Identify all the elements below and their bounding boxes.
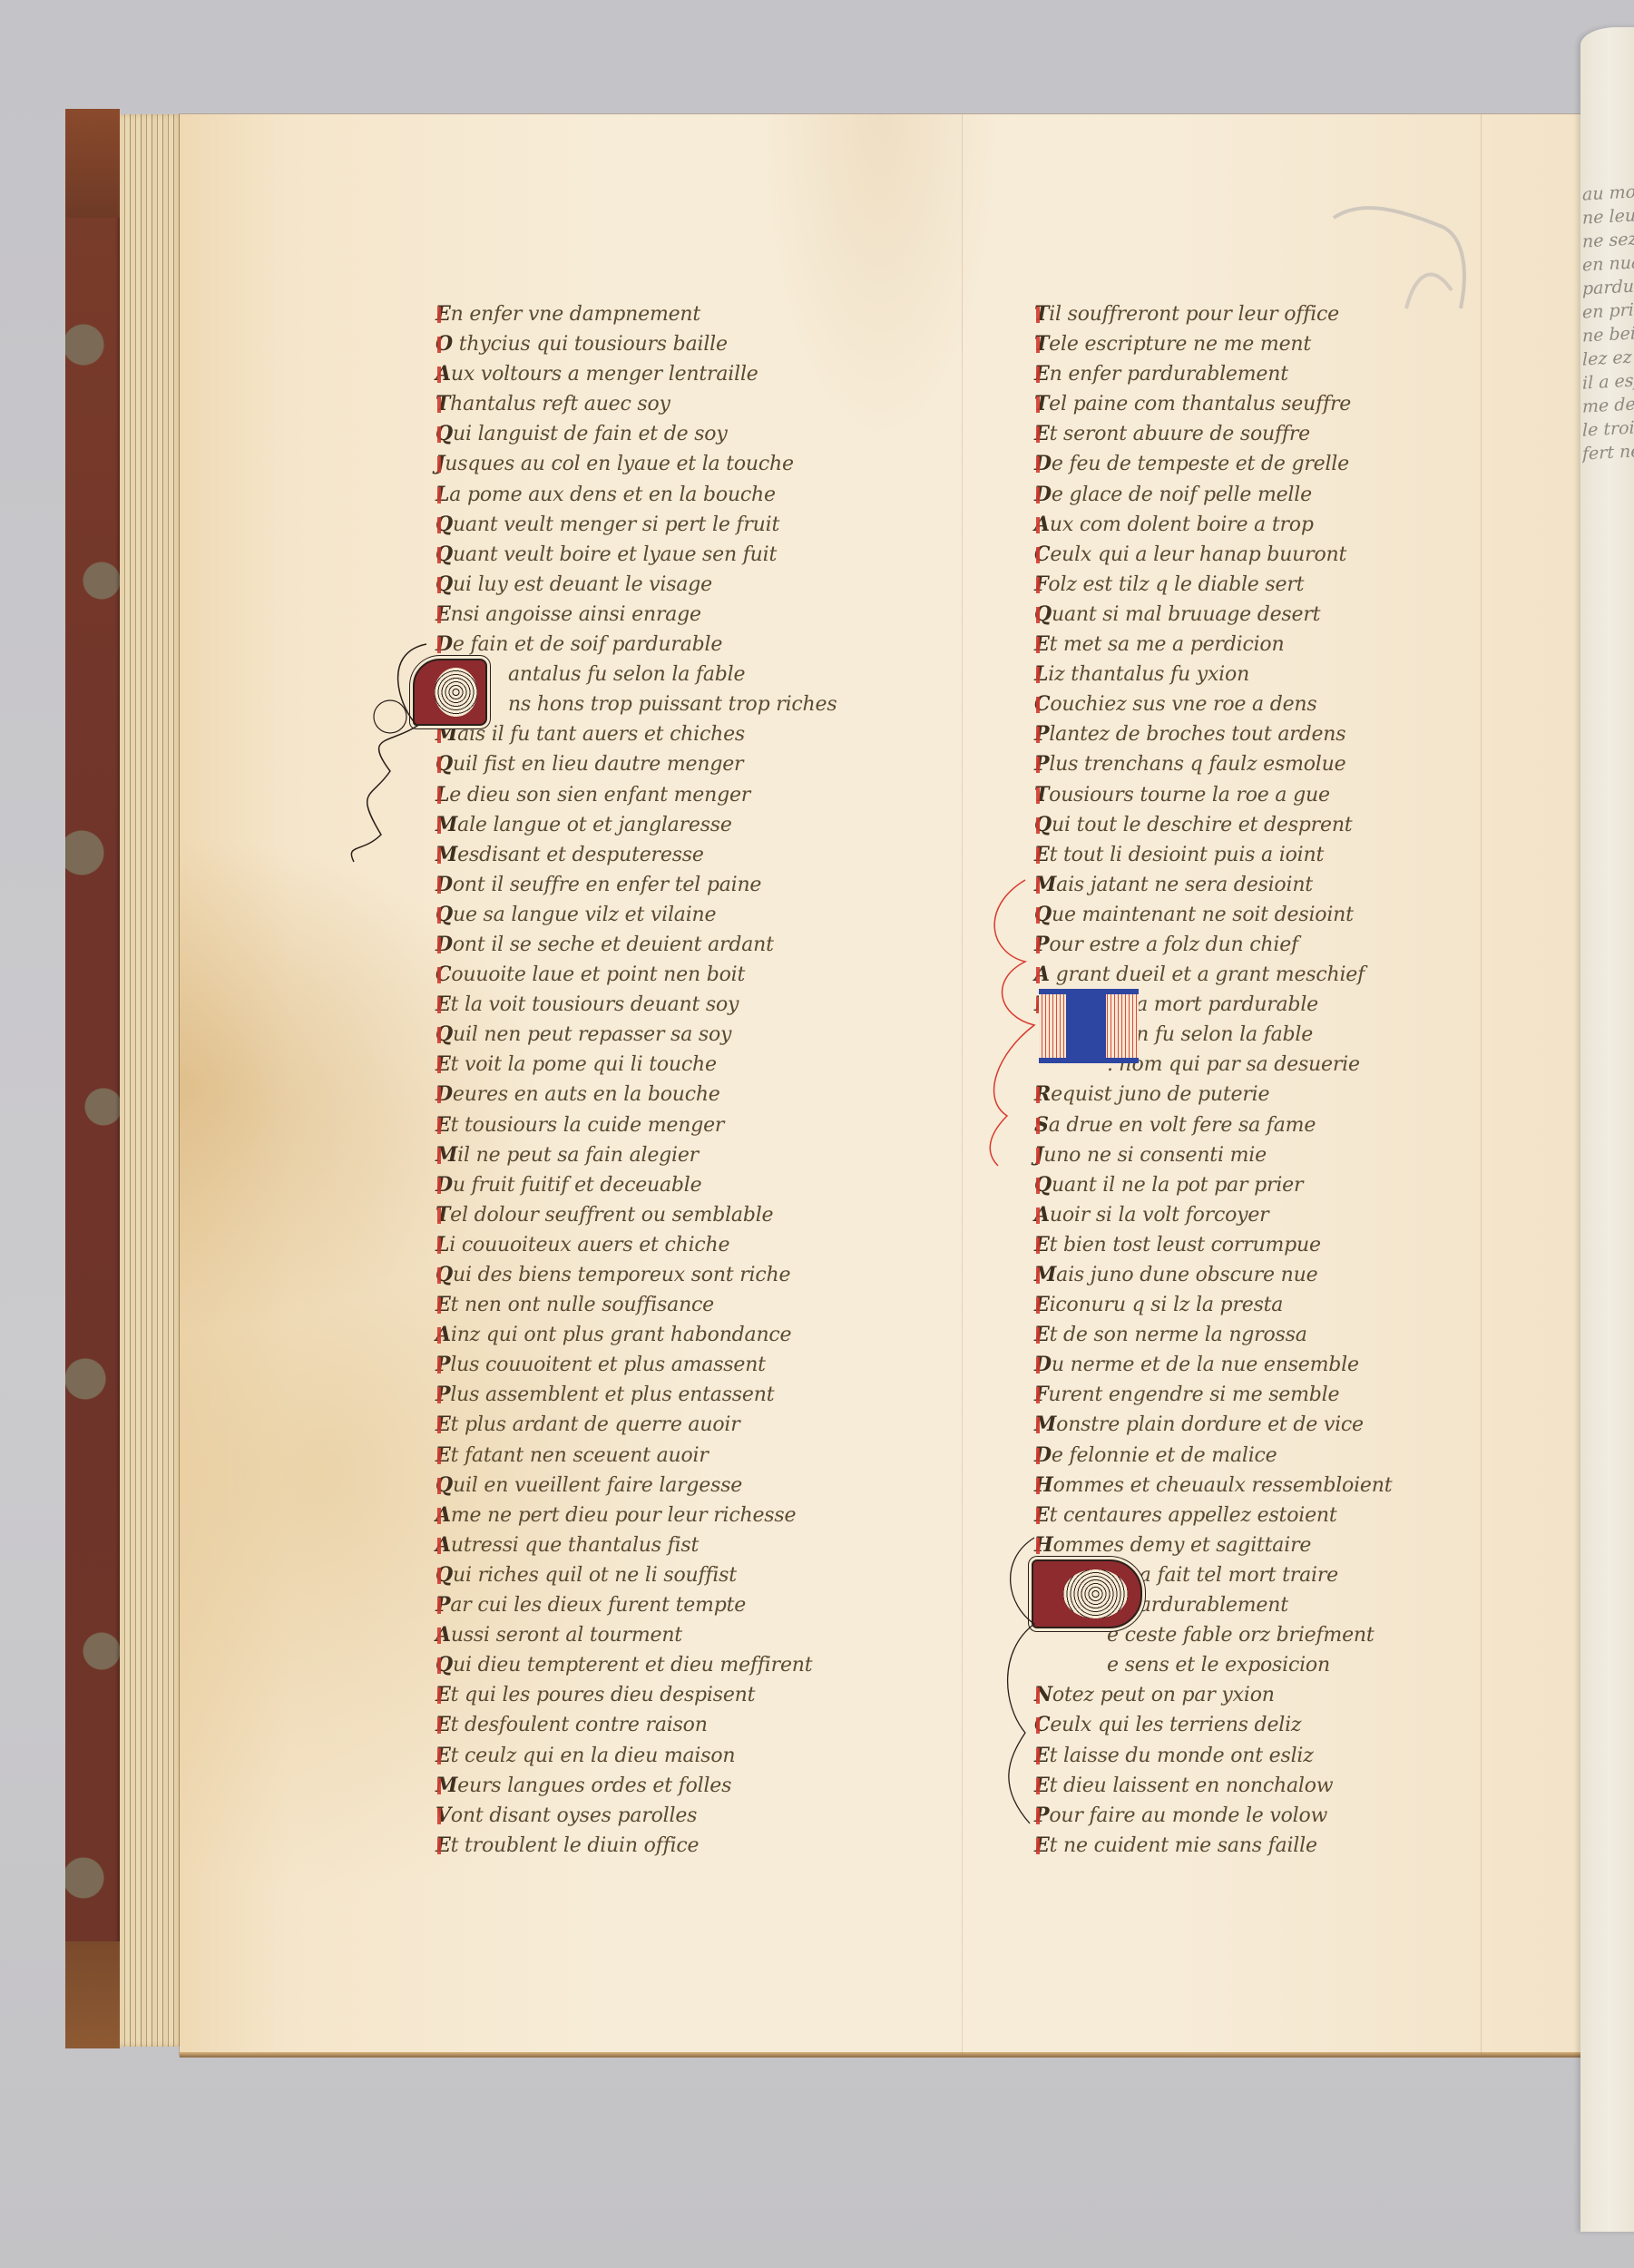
verse-line: Dont il se seche et deuient ardant bbox=[435, 930, 837, 960]
verse-line: Et qui les poures dieu despisent bbox=[435, 1680, 837, 1710]
verse-text: t dieu laissent en nonchalow bbox=[1050, 1774, 1334, 1797]
verse-text: a pome aux dens et en la bouche bbox=[449, 484, 776, 506]
rubricated-capital: Q bbox=[435, 900, 453, 930]
cover-leather-corner-bottom bbox=[65, 1941, 120, 2048]
verse-text: t troublent le diuin office bbox=[451, 1834, 700, 1857]
verse-line: Thantalus reft auec soy bbox=[435, 389, 837, 419]
rubricated-capital: T bbox=[1034, 389, 1049, 419]
rubricated-capital: A bbox=[1034, 960, 1050, 990]
verse-line: Mais juno dune obscure nue bbox=[1034, 1260, 1392, 1290]
verse-line: Ceulx qui a leur hanap buuront bbox=[1034, 540, 1392, 570]
penwork-swirl-pattern bbox=[1063, 1569, 1128, 1619]
verse-line: Qui tout le deschire et desprent bbox=[1034, 810, 1392, 840]
rubricated-capital: H bbox=[1034, 1471, 1053, 1501]
verse-text: iconuru q si lz la presta bbox=[1050, 1294, 1284, 1316]
verse-line: Qui luy est deuant le visage bbox=[435, 570, 837, 600]
page-stack-edges bbox=[120, 114, 183, 2047]
verse-line: Et centaures appellez estoient bbox=[1034, 1501, 1392, 1530]
rubricated-capital: C bbox=[1034, 1710, 1050, 1740]
cover-leather-corner-top bbox=[65, 109, 120, 218]
verse-text: ui tout le deschire et desprent bbox=[1052, 814, 1352, 836]
verse-text: ale langue ot et janglaresse bbox=[457, 814, 732, 836]
rubricated-capital: Q bbox=[435, 1650, 453, 1680]
verse-text: el dolour seuffrent ou semblable bbox=[450, 1204, 773, 1227]
decorated-initial-i bbox=[1039, 989, 1139, 1063]
verse-text: t voit la pome qui li touche bbox=[451, 1053, 717, 1076]
verse-text: u nerme et de la nue ensemble bbox=[1052, 1354, 1359, 1376]
verse-line: O thycius qui tousiours baille bbox=[435, 329, 837, 359]
verse-line: De feu de tempeste et de grelle bbox=[1034, 449, 1392, 479]
ruling-line bbox=[962, 114, 963, 2056]
verse-text: uant veult menger si pert le fruit bbox=[453, 513, 779, 536]
facing-page-line: ne leuz bbox=[1582, 203, 1634, 230]
verse-line: Tel dolour seuffrent ou semblable bbox=[435, 1200, 837, 1230]
rubricated-capital: P bbox=[435, 1590, 450, 1620]
rubricated-capital: E bbox=[1034, 1230, 1050, 1260]
rubricated-capital: E bbox=[1034, 630, 1050, 660]
rubricated-capital: D bbox=[435, 1170, 453, 1200]
verse-text: lus assemblent et plus entassent bbox=[450, 1383, 774, 1406]
decorated-initial-t bbox=[413, 659, 487, 726]
verse-line: Et la voit tousiours deuant soy bbox=[435, 990, 837, 1020]
verse-text: ui des biens temporeux sont riche bbox=[453, 1264, 790, 1286]
verse-line: Par cui les dieux furent tempte bbox=[435, 1590, 837, 1620]
facing-page-line: en prisie bbox=[1582, 298, 1634, 324]
rubricated-capital: Q bbox=[435, 1560, 453, 1590]
verse-line: Pour faire au monde le volow bbox=[1034, 1801, 1392, 1831]
verse-line: En enfer vne dampnement bbox=[435, 299, 837, 329]
rubricated-capital: M bbox=[435, 840, 457, 870]
rubricated-capital: D bbox=[1034, 449, 1052, 479]
verse-text: ousiours tourne la roe a gue bbox=[1049, 784, 1330, 807]
penwork-swirl-pattern bbox=[435, 668, 477, 716]
verse-text: uil fist en lieu dautre menger bbox=[453, 753, 743, 776]
rubricated-capital: Q bbox=[435, 510, 453, 540]
verse-line: Que maintenant ne soit desioint bbox=[1034, 900, 1392, 930]
rubricated-capital: E bbox=[435, 1290, 451, 1320]
rubricated-capital: Q bbox=[1034, 600, 1052, 630]
verse-text: t ne cuident mie sans faille bbox=[1050, 1834, 1317, 1857]
verse-line: Et plus ardant de querre auoir bbox=[435, 1410, 837, 1440]
rubricated-capital: C bbox=[1034, 540, 1050, 570]
rubricated-capital: Q bbox=[435, 540, 453, 570]
rubricated-capital: M bbox=[435, 1140, 457, 1170]
verse-text: t plus ardant de querre auoir bbox=[451, 1413, 740, 1436]
rubricated-capital: V bbox=[435, 1801, 451, 1831]
verse-text: utressi que thantalus fist bbox=[451, 1534, 699, 1557]
verse-text: . hom qui par sa desuerie bbox=[1107, 1053, 1360, 1076]
verse-line: Couchiez sus vne roe a dens bbox=[1034, 689, 1392, 719]
facing-page-line: au monde bbox=[1582, 180, 1634, 206]
verse-line: Qui riches quil ot ne li souffist bbox=[435, 1560, 837, 1590]
verse-text: uil en vueillent faire largesse bbox=[453, 1474, 742, 1497]
rubricated-capital: D bbox=[435, 930, 453, 960]
verse-text: t bien tost leust corrumpue bbox=[1050, 1234, 1321, 1256]
rubricated-capital: A bbox=[435, 1501, 451, 1530]
rubricated-capital: A bbox=[1034, 510, 1050, 540]
rubricated-capital: M bbox=[435, 1771, 457, 1801]
verse-line: Requist juno de puterie bbox=[1034, 1080, 1392, 1110]
rubricated-capital: E bbox=[1034, 359, 1050, 389]
verse-text: t desfoulent contre raison bbox=[451, 1714, 708, 1736]
verse-text: uant veult boire et lyaue sen fuit bbox=[453, 543, 777, 566]
rubricated-capital: D bbox=[1034, 480, 1052, 510]
verse-text: hantalus reft auec soy bbox=[450, 393, 670, 415]
verse-text: il ne peut sa fain alegier bbox=[457, 1144, 699, 1167]
rubricated-capital: A bbox=[1034, 1200, 1050, 1230]
verse-text: n enfer vne dampnement bbox=[451, 303, 700, 326]
verse-text: il souffreront pour leur office bbox=[1049, 303, 1339, 326]
verse-line: Mil ne peut sa fain alegier bbox=[435, 1140, 837, 1170]
verse-line: Auoir si la volt forcoyer bbox=[1034, 1200, 1392, 1230]
verse-line: Dont il seuffre en enfer tel paine bbox=[435, 870, 837, 900]
rubricated-capital: E bbox=[1034, 1501, 1050, 1530]
verse-line: Et tousiours la cuide menger bbox=[435, 1110, 837, 1140]
verse-text: ui dieu tempterent et dieu meffirent bbox=[453, 1654, 812, 1677]
verse-line: Et bien tost leust corrumpue bbox=[1034, 1230, 1392, 1260]
verse-text: ar cui les dieux furent tempte bbox=[450, 1594, 746, 1617]
rubricated-capital: D bbox=[435, 870, 453, 900]
verse-text: grant dueil et a grant meschief bbox=[1050, 963, 1365, 986]
verse-text: eulx qui a leur hanap buuront bbox=[1050, 543, 1346, 566]
rubricated-capital: J bbox=[1034, 1140, 1043, 1170]
verse-line: Quil fist en lieu dautre menger bbox=[435, 749, 837, 779]
rubricated-capital: Q bbox=[1034, 900, 1052, 930]
verse-text: el paine com thantalus seuffre bbox=[1049, 393, 1351, 415]
verse-text: olz est tilz q le diable sert bbox=[1048, 573, 1304, 596]
rubricated-capital: Q bbox=[435, 749, 453, 779]
verse-text: uil nen peut repasser sa soy bbox=[453, 1023, 731, 1046]
rubricated-capital: E bbox=[435, 1110, 451, 1140]
verse-line: Et troublent le diuin office bbox=[435, 1831, 837, 1861]
rubricated-capital: E bbox=[435, 990, 451, 1020]
verse-text: e sens et le exposicion bbox=[1107, 1654, 1330, 1677]
verse-line: Jusques au col en lyaue et la touche bbox=[435, 449, 837, 479]
verse-text: ais juno dune obscure nue bbox=[1056, 1264, 1317, 1286]
rubricated-capital: A bbox=[435, 1620, 451, 1650]
rubricated-capital: E bbox=[435, 1710, 451, 1740]
rubricated-capital: R bbox=[1034, 1080, 1051, 1110]
rubricated-capital: J bbox=[435, 449, 445, 479]
rubricated-capital: M bbox=[435, 810, 457, 840]
verse-line: Ceulx qui les terriens deliz bbox=[1034, 1710, 1392, 1740]
verse-text: t tousiours la cuide menger bbox=[451, 1114, 725, 1137]
verse-line: Et tout li desioint puis a ioint bbox=[1034, 840, 1392, 870]
verse-line: Vont disant oyses parolles bbox=[435, 1801, 837, 1831]
verse-text: t ceulz qui en la dieu maison bbox=[451, 1745, 736, 1767]
verse-text: t met sa me a perdicion bbox=[1050, 633, 1285, 656]
rubricated-capital: D bbox=[1034, 1441, 1052, 1471]
verse-text: ussi seront al tourment bbox=[451, 1624, 682, 1647]
verse-text: equist juno de puterie bbox=[1051, 1083, 1269, 1106]
rubricated-capital: L bbox=[435, 1230, 449, 1260]
verse-line: Quant il ne la pot par prier bbox=[1034, 1170, 1392, 1200]
verse-text: t qui les poures dieu despisent bbox=[451, 1684, 756, 1706]
rubricated-capital: E bbox=[1034, 840, 1050, 870]
verse-text: ont il se seche et deuient ardant bbox=[453, 934, 774, 956]
verse-text: uant si mal bruuage desert bbox=[1052, 603, 1320, 626]
rubricated-capital: L bbox=[435, 780, 449, 810]
verse-line: Juno ne si consenti mie bbox=[1034, 1140, 1392, 1170]
verse-line: e sens et le exposicion bbox=[1034, 1650, 1392, 1680]
decorated-initial-d bbox=[1032, 1559, 1142, 1628]
verse-line: Et voit la pome qui li touche bbox=[435, 1050, 837, 1080]
verse-text: ui luy est deuant le visage bbox=[453, 573, 712, 596]
rubricated-capital: D bbox=[435, 630, 453, 660]
verse-text: ouchiez sus vne roe a dens bbox=[1050, 693, 1316, 716]
rubricated-capital: P bbox=[435, 1350, 450, 1380]
verse-line: Plus trenchans q faulz esmolue bbox=[1034, 749, 1392, 779]
verse-text: onstre plain dordure et de vice bbox=[1056, 1413, 1364, 1436]
verse-line: Tousiours tourne la roe a gue bbox=[1034, 780, 1392, 810]
facing-page-line: ne sez fiche bbox=[1582, 227, 1634, 253]
rubricated-capital: P bbox=[1034, 930, 1049, 960]
rubricated-capital: Q bbox=[435, 1471, 453, 1501]
verse-text: e glace de noif pelle melle bbox=[1052, 484, 1312, 506]
verse-text: t centaures appellez estoient bbox=[1050, 1504, 1337, 1527]
verse-line: Li couuoiteux auers et chiche bbox=[435, 1230, 837, 1260]
verse-line: Male langue ot et janglaresse bbox=[435, 810, 837, 840]
verse-line: Pour estre a folz dun chief bbox=[1034, 930, 1392, 960]
verse-line: Aussi seront al tourment bbox=[435, 1620, 837, 1650]
verse-line: Autressi que thantalus fist bbox=[435, 1530, 837, 1560]
verse-line: antalus fu selon la fable bbox=[435, 660, 837, 689]
rubricated-capital: N bbox=[1034, 1680, 1052, 1710]
rubricated-capital: Q bbox=[435, 1020, 453, 1050]
verse-line: De felonnie et de malice bbox=[1034, 1441, 1392, 1471]
rubricated-capital: Q bbox=[435, 1260, 453, 1290]
verse-line: Mais jatant ne sera desioint bbox=[1034, 870, 1392, 900]
verse-line: Ame ne pert dieu pour leur richesse bbox=[435, 1501, 837, 1530]
verse-text: n enfer pardurablement bbox=[1050, 363, 1288, 386]
verse-line: Eiconuru q si lz la presta bbox=[1034, 1290, 1392, 1320]
facing-page-line: fert ne tende bbox=[1582, 439, 1634, 465]
rubricated-capital: E bbox=[1034, 419, 1050, 449]
rubricated-capital: H bbox=[1034, 1530, 1053, 1560]
verse-text: ue maintenant ne soit desioint bbox=[1052, 904, 1354, 926]
verse-text: ommes et cheuaulx ressembloient bbox=[1053, 1474, 1393, 1497]
verse-text: ns hons trop puissant trop riches bbox=[508, 693, 837, 716]
verse-text: uant il ne la pot par prier bbox=[1052, 1174, 1303, 1197]
rubricated-capital: M bbox=[1034, 1260, 1056, 1290]
verse-line: Plus assemblent et plus entassent bbox=[435, 1380, 837, 1410]
verse-text: eures en auts en la bouche bbox=[453, 1083, 720, 1106]
verse-text: t nen ont nulle souffisance bbox=[451, 1294, 714, 1316]
rubricated-capital: L bbox=[435, 480, 449, 510]
rubricated-capital: E bbox=[1034, 1831, 1050, 1861]
verse-line: Folz est tilz q le diable sert bbox=[1034, 570, 1392, 600]
facing-page-line: il a esfy bbox=[1582, 368, 1634, 395]
rubricated-capital: F bbox=[1034, 570, 1048, 600]
verse-line: Qui languist de fain et de soy bbox=[435, 419, 837, 449]
verse-text: esdisant et desputeresse bbox=[457, 844, 704, 866]
verse-line: Et nen ont nulle souffisance bbox=[435, 1290, 837, 1320]
verse-text: u fruit fuitif et deceuable bbox=[453, 1174, 702, 1197]
rubricated-capital: A bbox=[435, 359, 451, 389]
verse-line: Hommes et cheuaulx ressembloient bbox=[1034, 1471, 1392, 1501]
verse-line: Quil en vueillent faire largesse bbox=[435, 1471, 837, 1501]
verse-line: Tel paine com thantalus seuffre bbox=[1034, 389, 1392, 419]
rubricated-capital: P bbox=[1034, 749, 1049, 779]
verse-line: Meurs langues ordes et folles bbox=[435, 1771, 837, 1801]
verse-text: uno ne si consenti mie bbox=[1043, 1144, 1267, 1167]
verse-line: De glace de noif pelle melle bbox=[1034, 480, 1392, 510]
facing-page-text: au mondene leuzne sez ficheen nuassepard… bbox=[1582, 180, 1634, 465]
verse-text: e ceste fable orz briefment bbox=[1107, 1624, 1375, 1647]
rubricated-capital: Q bbox=[435, 570, 453, 600]
rubricated-capital: O bbox=[435, 329, 453, 359]
rubricated-capital: P bbox=[435, 1380, 450, 1410]
verse-line: Et fatant nen sceuent auoir bbox=[435, 1441, 837, 1471]
verse-text: ais il fu tant auers et chiches bbox=[457, 723, 745, 746]
verse-line: Que sa langue vilz et vilaine bbox=[435, 900, 837, 930]
verse-text: lus trenchans q faulz esmolue bbox=[1049, 753, 1345, 776]
verse-text: our faire au monde le volow bbox=[1049, 1804, 1327, 1827]
rubricated-capital: Q bbox=[435, 419, 453, 449]
verse-line: Furent engendre si me semble bbox=[1034, 1380, 1392, 1410]
verse-line: Et ne cuident mie sans faille bbox=[1034, 1831, 1392, 1861]
verse-text: e felonnie et de malice bbox=[1052, 1444, 1277, 1467]
verse-line: Tele escripture ne me ment bbox=[1034, 329, 1392, 359]
verse-text: ui riches quil ot ne li souffist bbox=[453, 1564, 737, 1587]
facing-page-line: me de seru bbox=[1582, 392, 1634, 418]
verse-line: Et laisse du monde ont esliz bbox=[1034, 1741, 1392, 1771]
verse-line: Et ceulz qui en la dieu maison bbox=[435, 1741, 837, 1771]
verse-text: otez peut on par yxion bbox=[1052, 1684, 1275, 1706]
verse-text: ommes demy et sagittaire bbox=[1053, 1534, 1312, 1557]
verse-line: Qui dieu tempterent et dieu meffirent bbox=[435, 1650, 837, 1680]
ruling-line bbox=[1481, 114, 1482, 2056]
rubricated-capital: A bbox=[435, 1530, 451, 1560]
verse-line: Couuoite laue et point nen boit bbox=[435, 960, 837, 990]
verse-line: Et desfoulent contre raison bbox=[435, 1710, 837, 1740]
rubricated-capital: T bbox=[1034, 780, 1049, 810]
rubricated-capital: C bbox=[435, 960, 451, 990]
verse-text: ele escripture ne me ment bbox=[1049, 333, 1311, 356]
rubricated-capital: C bbox=[1034, 689, 1050, 719]
verse-text: eulx qui les terriens deliz bbox=[1050, 1714, 1301, 1736]
verse-text: t fatant nen sceuent auoir bbox=[451, 1444, 709, 1467]
rubricated-capital: T bbox=[435, 389, 450, 419]
verse-line: Plantez de broches tout ardens bbox=[1034, 719, 1392, 749]
facing-page-line: pardurable bbox=[1582, 274, 1634, 300]
verse-text: t seront abuure de souffre bbox=[1050, 423, 1310, 445]
verse-text: ue sa langue vilz et vilaine bbox=[453, 904, 716, 926]
verse-text: e dieu son sien enfant menger bbox=[449, 784, 750, 807]
verse-text: t laisse du monde ont esliz bbox=[1050, 1745, 1314, 1767]
rubricated-capital: T bbox=[1034, 329, 1049, 359]
verse-line: Monstre plain dordure et de vice bbox=[1034, 1410, 1392, 1440]
verse-line: Et de son nerme la ngrossa bbox=[1034, 1320, 1392, 1350]
rubricated-capital: T bbox=[1034, 299, 1049, 329]
facing-page-line: le trois de pa bbox=[1582, 415, 1634, 442]
rubricated-capital: D bbox=[435, 1080, 453, 1110]
rubricated-capital: E bbox=[435, 1441, 451, 1471]
verse-line: Quant veult menger si pert le fruit bbox=[435, 510, 837, 540]
verse-line: Et seront abuure de souffre bbox=[1034, 419, 1392, 449]
verse-line: ns hons trop puissant trop riches bbox=[435, 689, 837, 719]
rubricated-capital: A bbox=[435, 1320, 451, 1350]
verse-text: ais jatant ne sera desioint bbox=[1056, 874, 1313, 896]
rubricated-capital: P bbox=[1034, 1801, 1049, 1831]
verse-text: antalus fu selon la fable bbox=[508, 663, 745, 686]
verse-text: uoir si la volt forcoyer bbox=[1050, 1204, 1269, 1227]
rubricated-capital: M bbox=[1034, 870, 1056, 900]
verse-text: ont il seuffre en enfer tel paine bbox=[453, 874, 761, 896]
rubricated-capital: E bbox=[435, 1831, 451, 1861]
verse-line: Notez peut on par yxion bbox=[1034, 1680, 1392, 1710]
verse-line: Du fruit fuitif et deceuable bbox=[435, 1170, 837, 1200]
facing-page-line: lez ez dien bbox=[1582, 345, 1634, 371]
rubricated-capital: T bbox=[435, 1200, 450, 1230]
verse-line: Aux voltours a menger lentraille bbox=[435, 359, 837, 389]
verse-line: La pome aux dens et en la bouche bbox=[435, 480, 837, 510]
verse-line: Hommes demy et sagittaire bbox=[1034, 1530, 1392, 1560]
verse-text: usques au col en lyaue et la touche bbox=[445, 453, 794, 475]
verse-text: me ne pert dieu pour leur richesse bbox=[451, 1504, 796, 1527]
rubricated-capital: E bbox=[435, 299, 451, 329]
rubricated-capital: M bbox=[1034, 1410, 1056, 1440]
facing-page-line: ne beiure bbox=[1582, 321, 1634, 347]
book-cover-board bbox=[65, 109, 120, 2048]
verse-line: Ainz qui ont plus grant habondance bbox=[435, 1320, 837, 1350]
rubricated-capital: D bbox=[1034, 1350, 1052, 1380]
verse-text: t la voit tousiours deuant soy bbox=[451, 993, 739, 1016]
verse-text: iz thantalus fu yxion bbox=[1048, 663, 1249, 686]
verse-text: e feu de tempeste et de grelle bbox=[1052, 453, 1349, 475]
facing-page-line: en nuasse bbox=[1582, 250, 1634, 277]
verse-line: Mesdisant et desputeresse bbox=[435, 840, 837, 870]
rubricated-capital: Q bbox=[1034, 810, 1052, 840]
verse-line: Deures en auts en la bouche bbox=[435, 1080, 837, 1110]
verse-text: a drue en volt fere sa fame bbox=[1049, 1114, 1316, 1137]
rubricated-capital: E bbox=[1034, 1290, 1050, 1320]
verse-text: ux com dolent boire a trop bbox=[1050, 513, 1314, 536]
verse-text: eurs langues ordes et folles bbox=[457, 1774, 731, 1797]
rubricated-capital: P bbox=[1034, 719, 1049, 749]
verse-line: Aux com dolent boire a trop bbox=[1034, 510, 1392, 540]
rubricated-capital: E bbox=[435, 600, 451, 630]
rubricated-capital: E bbox=[1034, 1320, 1050, 1350]
verse-text: nsi angoisse ainsi enrage bbox=[451, 603, 701, 626]
verse-text: thycius qui tousiours baille bbox=[453, 333, 728, 356]
leaf-bottom-edge bbox=[180, 2052, 1581, 2058]
rubricated-capital: E bbox=[435, 1680, 451, 1710]
verse-line: Sa drue en volt fere sa fame bbox=[1034, 1110, 1392, 1140]
verse-line: De fain et de soif pardurable bbox=[435, 630, 837, 660]
verse-line: Qui des biens temporeux sont riche bbox=[435, 1260, 837, 1290]
verse-text: our estre a folz dun chief bbox=[1049, 934, 1298, 956]
left-text-column: En enfer vne dampnementO thycius qui tou… bbox=[435, 299, 837, 1861]
verse-line: Quil nen peut repasser sa soy bbox=[435, 1020, 837, 1050]
verse-line: Le dieu son sien enfant menger bbox=[435, 780, 837, 810]
verse-line: Ensi angoisse ainsi enrage bbox=[435, 600, 837, 630]
rubricated-capital: E bbox=[1034, 1741, 1050, 1771]
verse-text: ux voltours a menger lentraille bbox=[451, 363, 758, 386]
verse-text: i couuoiteux auers et chiche bbox=[449, 1234, 729, 1256]
verse-line: En enfer pardurablement bbox=[1034, 359, 1392, 389]
rubricated-capital: E bbox=[435, 1741, 451, 1771]
verse-line: Til souffreront pour leur office bbox=[1034, 299, 1392, 329]
rubricated-capital: F bbox=[1034, 1380, 1048, 1410]
verse-text: t tout li desioint puis a ioint bbox=[1050, 844, 1325, 866]
verse-line: Liz thantalus fu yxion bbox=[1034, 660, 1392, 689]
verse-line: Plus couuoitent et plus amassent bbox=[435, 1350, 837, 1380]
rubricated-capital: E bbox=[1034, 1771, 1050, 1801]
verse-text: ui languist de fain et de soy bbox=[453, 423, 728, 445]
verse-text: lantez de broches tout ardens bbox=[1049, 723, 1345, 746]
verse-line: A grant dueil et a grant meschief bbox=[1034, 960, 1392, 990]
